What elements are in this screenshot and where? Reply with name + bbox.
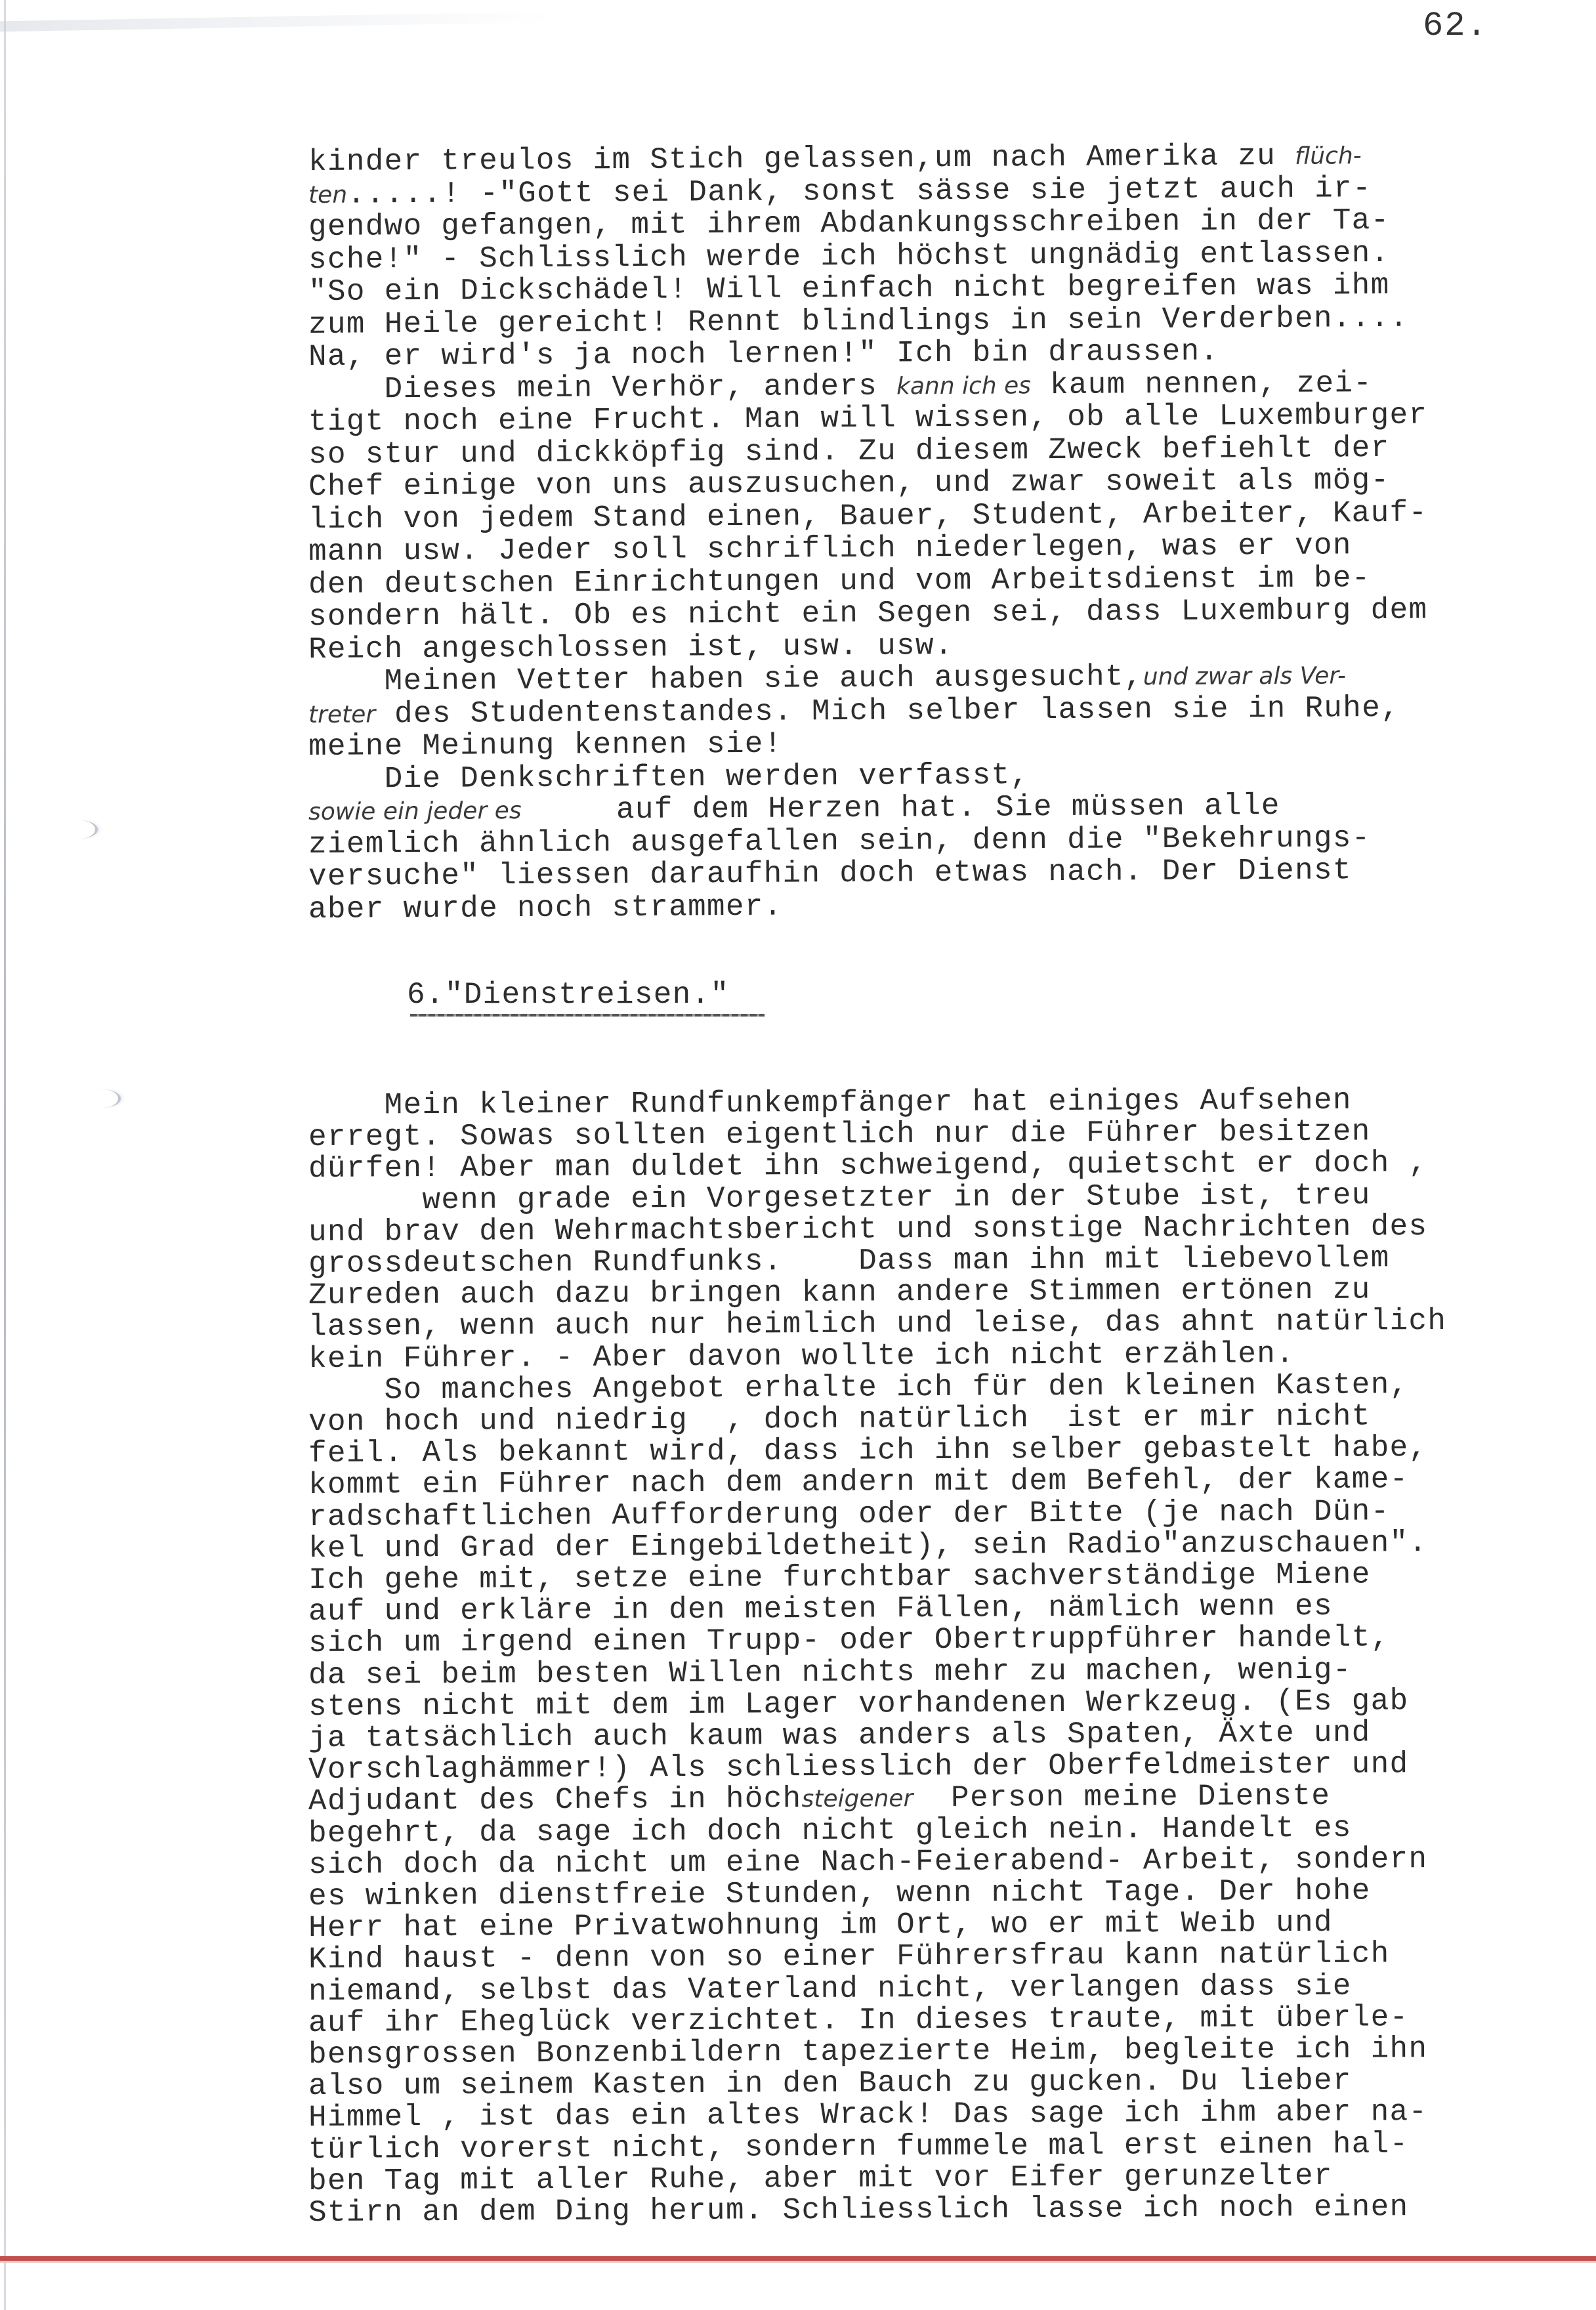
rule-shadow [0, 2261, 1596, 2263]
text-line: Reich angeschlossen ist, usw. usw. [308, 629, 954, 665]
text-line: versuche" liessen daraufhin doch etwas n… [308, 854, 1352, 893]
text-line: meine Meinung kennen sie! [308, 728, 783, 763]
handwritten-correction: und zwar als Ver- [1143, 662, 1347, 690]
typed-text: Person meine Dienste [913, 1779, 1330, 1815]
page-edge [4, 0, 6, 2310]
handwritten-correction: sowie ein jeder es [308, 797, 522, 826]
text-line: zum Heile gereicht! Rennt blindlings in … [308, 301, 1409, 341]
text-line: Die Denkschriften werden verfasst, [308, 759, 1030, 796]
handwritten-correction: treter [308, 701, 375, 728]
text-line: treter des Studentenstandes. Mich selber… [308, 691, 1400, 731]
typed-text: kaum nennen, zei- [1031, 366, 1373, 402]
typed-text: Reich angeschlossen ist, usw. usw. [308, 628, 954, 666]
typed-text: des Studentenstandes. Mich selber lassen… [375, 690, 1400, 731]
section-heading: 6."Dienstreisen." [407, 978, 729, 1012]
typed-text: meine Meinung kennen sie! [308, 727, 783, 764]
handwritten-correction: ten [308, 181, 347, 208]
scan-shadow [0, 12, 558, 32]
typed-text: versuche" liessen daraufhin doch etwas n… [308, 853, 1352, 894]
punch-hole-icon [85, 1089, 121, 1108]
typed-text: Dieses mein Verhör, anders [308, 369, 896, 406]
handwritten-correction: steigener [801, 1786, 913, 1813]
typed-text: sondern hält. Ob es nicht ein Segen sei,… [308, 593, 1428, 634]
typed-text: aber wurde noch strammer. [308, 889, 783, 926]
text-line: sondern hält. Ob es nicht ein Segen sei,… [308, 594, 1428, 633]
text-line: Stirn an dem Ding herum. Schliesslich la… [308, 2191, 1409, 2229]
typed-text: Stirn an dem Ding herum. Schliesslich la… [308, 2190, 1409, 2230]
handwritten-correction: kann ich es [896, 372, 1031, 400]
heading-underline [410, 1014, 765, 1017]
page-number: 62. [1423, 7, 1488, 45]
typed-text: zum Heile gereicht! Rennt blindlings in … [308, 301, 1409, 341]
text-line: aber wurde noch strammer. [308, 890, 783, 925]
punch-hole-icon [62, 820, 98, 839]
handwritten-correction: flüch- [1295, 142, 1362, 170]
red-rule-divider [0, 2256, 1596, 2261]
typed-text: Adjudant des Chefs in höch [308, 1782, 802, 1818]
document-page: 62. kinder treulos im Stich gelassen,um … [0, 0, 1596, 2310]
